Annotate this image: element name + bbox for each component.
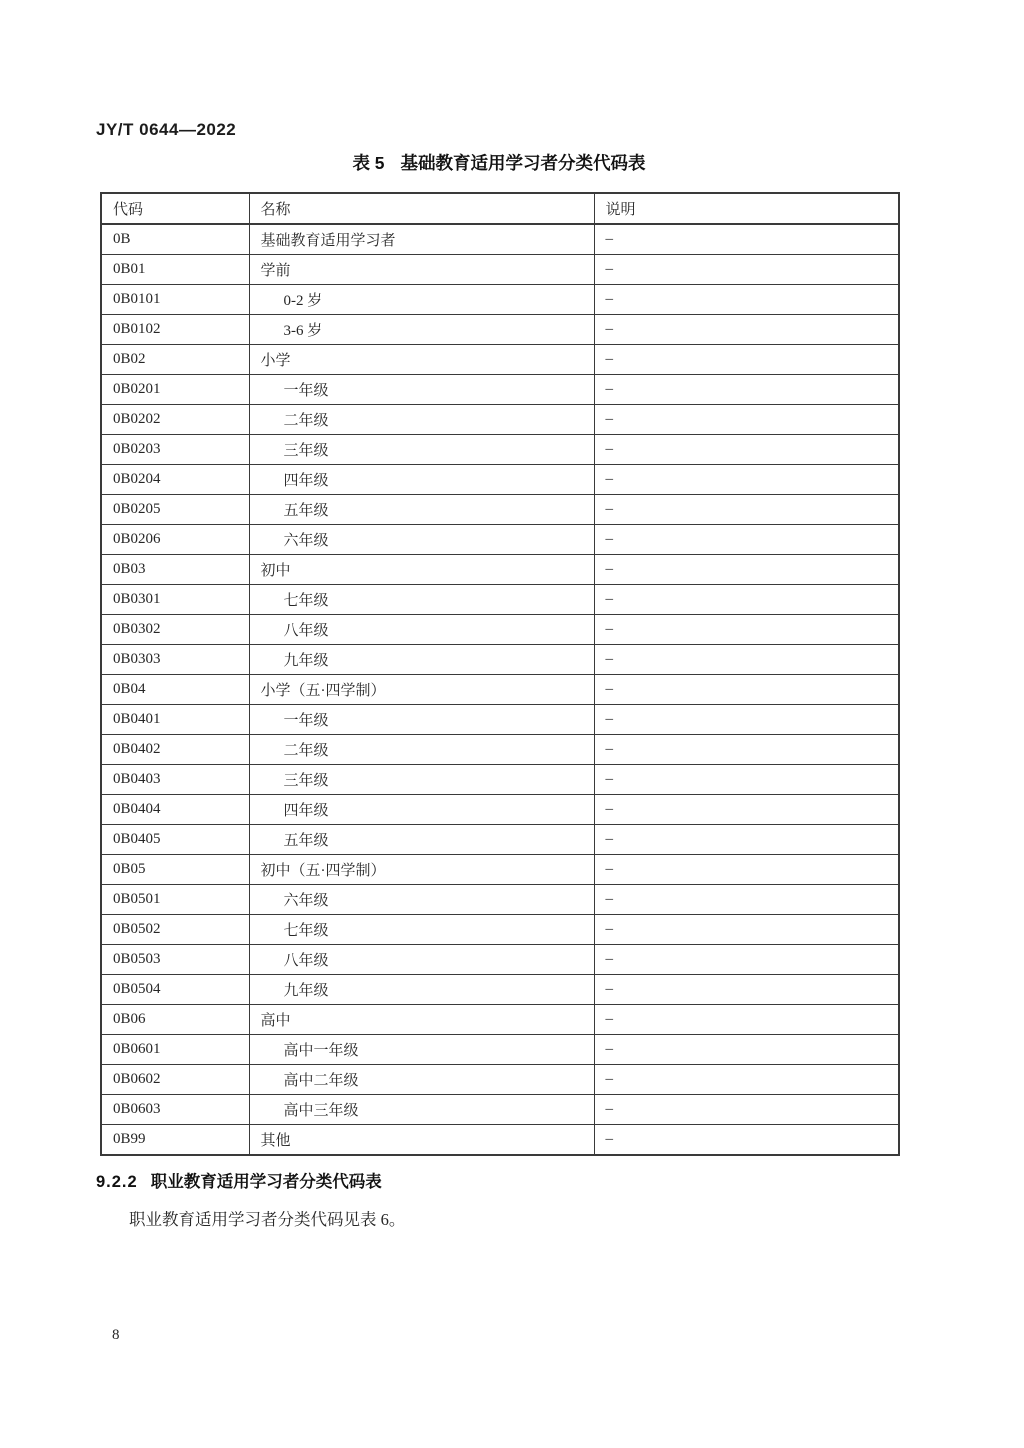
- cell-name: 九年级: [249, 645, 594, 675]
- cell-code: 0B0405: [101, 825, 249, 855]
- cell-name: 小学: [249, 345, 594, 375]
- table-row: 0B03初中–: [101, 555, 899, 585]
- page-number: 8: [112, 1327, 120, 1344]
- cell-desc: –: [594, 615, 899, 645]
- cell-name: 三年级: [249, 765, 594, 795]
- cell-desc: –: [594, 1035, 899, 1065]
- table-row: 0B01023-6 岁–: [101, 315, 899, 345]
- table-row: 0B0402二年级–: [101, 735, 899, 765]
- table-caption-title: 基础教育适用学习者分类代码表: [401, 153, 646, 173]
- cell-code: 0B0601: [101, 1035, 249, 1065]
- cell-desc: –: [594, 945, 899, 975]
- cell-desc: –: [594, 224, 899, 255]
- cell-code: 0B0603: [101, 1095, 249, 1125]
- cell-name: 五年级: [249, 825, 594, 855]
- cell-desc: –: [594, 285, 899, 315]
- cell-name: 0-2 岁: [249, 285, 594, 315]
- document-page: JY/T 0644—2022 表 5基础教育适用学习者分类代码表 代码 名称 说…: [0, 0, 1024, 1448]
- cell-desc: –: [594, 855, 899, 885]
- cell-code: 0B0202: [101, 405, 249, 435]
- table-row: 0B0504九年级–: [101, 975, 899, 1005]
- cell-desc: –: [594, 825, 899, 855]
- classification-code-table: 代码 名称 说明 0B基础教育适用学习者–0B01学前–0B01010-2 岁–…: [100, 192, 900, 1156]
- cell-name: 三年级: [249, 435, 594, 465]
- cell-code: 0B06: [101, 1005, 249, 1035]
- table-caption-label: 表 5: [352, 153, 384, 173]
- table-row: 0B06高中–: [101, 1005, 899, 1035]
- table-row: 0B0503八年级–: [101, 945, 899, 975]
- cell-code: 0B99: [101, 1125, 249, 1156]
- cell-desc: –: [594, 1095, 899, 1125]
- table-row: 0B0301七年级–: [101, 585, 899, 615]
- table-row: 0B0404四年级–: [101, 795, 899, 825]
- section-heading: 9.2.2职业教育适用学习者分类代码表: [96, 1168, 382, 1192]
- cell-name: 初中: [249, 555, 594, 585]
- cell-desc: –: [594, 645, 899, 675]
- table-row: 0B0206六年级–: [101, 525, 899, 555]
- cell-desc: –: [594, 885, 899, 915]
- cell-desc: –: [594, 735, 899, 765]
- cell-name: 六年级: [249, 525, 594, 555]
- table-row: 0B0403三年级–: [101, 765, 899, 795]
- table-header-row: 代码 名称 说明: [101, 193, 899, 224]
- cell-name: 一年级: [249, 375, 594, 405]
- standard-number-header: JY/T 0644—2022: [96, 120, 236, 140]
- cell-name: 小学（五·四学制）: [249, 675, 594, 705]
- cell-desc: –: [594, 405, 899, 435]
- table-row: 0B0203三年级–: [101, 435, 899, 465]
- cell-name: 八年级: [249, 615, 594, 645]
- cell-code: 0B01: [101, 255, 249, 285]
- cell-name: 二年级: [249, 405, 594, 435]
- cell-name: 高中三年级: [249, 1095, 594, 1125]
- cell-name: 二年级: [249, 735, 594, 765]
- cell-name: 六年级: [249, 885, 594, 915]
- cell-code: 0B: [101, 224, 249, 255]
- column-header-code: 代码: [101, 193, 249, 224]
- table-row: 0B0204四年级–: [101, 465, 899, 495]
- cell-desc: –: [594, 1005, 899, 1035]
- cell-name: 3-6 岁: [249, 315, 594, 345]
- cell-name: 五年级: [249, 495, 594, 525]
- table-row: 0B04小学（五·四学制）–: [101, 675, 899, 705]
- section-number: 9.2.2: [96, 1173, 138, 1191]
- cell-name: 高中一年级: [249, 1035, 594, 1065]
- cell-code: 0B0401: [101, 705, 249, 735]
- cell-name: 四年级: [249, 465, 594, 495]
- cell-name: 四年级: [249, 795, 594, 825]
- table-row: 0B0201一年级–: [101, 375, 899, 405]
- cell-code: 0B0402: [101, 735, 249, 765]
- table-row: 0B01学前–: [101, 255, 899, 285]
- cell-code: 0B03: [101, 555, 249, 585]
- cell-desc: –: [594, 345, 899, 375]
- table-row: 0B0502七年级–: [101, 915, 899, 945]
- cell-code: 0B0301: [101, 585, 249, 615]
- table-row: 0B0303九年级–: [101, 645, 899, 675]
- cell-code: 0B0501: [101, 885, 249, 915]
- cell-code: 0B0101: [101, 285, 249, 315]
- table-row: 0B0205五年级–: [101, 495, 899, 525]
- cell-name: 初中（五·四学制）: [249, 855, 594, 885]
- cell-code: 0B0302: [101, 615, 249, 645]
- cell-desc: –: [594, 705, 899, 735]
- cell-name: 一年级: [249, 705, 594, 735]
- cell-desc: –: [594, 555, 899, 585]
- table-body: 0B基础教育适用学习者–0B01学前–0B01010-2 岁–0B01023-6…: [101, 224, 899, 1155]
- table-row: 0B0202二年级–: [101, 405, 899, 435]
- cell-code: 0B0403: [101, 765, 249, 795]
- cell-code: 0B0201: [101, 375, 249, 405]
- cell-desc: –: [594, 495, 899, 525]
- table-row: 0B0401一年级–: [101, 705, 899, 735]
- cell-code: 0B0206: [101, 525, 249, 555]
- cell-code: 0B0502: [101, 915, 249, 945]
- cell-desc: –: [594, 315, 899, 345]
- cell-code: 0B0303: [101, 645, 249, 675]
- cell-code: 0B02: [101, 345, 249, 375]
- table-row: 0B0501六年级–: [101, 885, 899, 915]
- cell-code: 0B0204: [101, 465, 249, 495]
- table-row: 0B05初中（五·四学制）–: [101, 855, 899, 885]
- cell-desc: –: [594, 795, 899, 825]
- table-row: 0B基础教育适用学习者–: [101, 224, 899, 255]
- cell-desc: –: [594, 465, 899, 495]
- cell-code: 0B0602: [101, 1065, 249, 1095]
- section-heading-text: 职业教育适用学习者分类代码表: [151, 1173, 382, 1191]
- table-row: 0B0603高中三年级–: [101, 1095, 899, 1125]
- cell-desc: –: [594, 675, 899, 705]
- cell-desc: –: [594, 585, 899, 615]
- cell-code: 0B05: [101, 855, 249, 885]
- cell-desc: –: [594, 375, 899, 405]
- cell-name: 九年级: [249, 975, 594, 1005]
- cell-desc: –: [594, 435, 899, 465]
- cell-name: 其他: [249, 1125, 594, 1156]
- cell-desc: –: [594, 765, 899, 795]
- cell-name: 七年级: [249, 585, 594, 615]
- cell-name: 基础教育适用学习者: [249, 224, 594, 255]
- cell-desc: –: [594, 1065, 899, 1095]
- cell-code: 0B0205: [101, 495, 249, 525]
- table-row: 0B0405五年级–: [101, 825, 899, 855]
- cell-code: 0B04: [101, 675, 249, 705]
- cell-code: 0B0503: [101, 945, 249, 975]
- table-caption: 表 5基础教育适用学习者分类代码表: [100, 150, 898, 175]
- column-header-desc: 说明: [594, 193, 899, 224]
- cell-name: 八年级: [249, 945, 594, 975]
- table-row: 0B99其他–: [101, 1125, 899, 1156]
- table-row: 0B0302八年级–: [101, 615, 899, 645]
- cell-desc: –: [594, 915, 899, 945]
- table-row: 0B01010-2 岁–: [101, 285, 899, 315]
- cell-code: 0B0404: [101, 795, 249, 825]
- table-row: 0B0601高中一年级–: [101, 1035, 899, 1065]
- table-row: 0B02小学–: [101, 345, 899, 375]
- section-paragraph: 职业教育适用学习者分类代码见表 6。: [129, 1206, 405, 1230]
- cell-name: 学前: [249, 255, 594, 285]
- column-header-name: 名称: [249, 193, 594, 224]
- cell-desc: –: [594, 1125, 899, 1156]
- cell-name: 七年级: [249, 915, 594, 945]
- cell-code: 0B0504: [101, 975, 249, 1005]
- cell-name: 高中: [249, 1005, 594, 1035]
- cell-desc: –: [594, 975, 899, 1005]
- cell-desc: –: [594, 255, 899, 285]
- cell-name: 高中二年级: [249, 1065, 594, 1095]
- table-row: 0B0602高中二年级–: [101, 1065, 899, 1095]
- cell-code: 0B0203: [101, 435, 249, 465]
- cell-code: 0B0102: [101, 315, 249, 345]
- cell-desc: –: [594, 525, 899, 555]
